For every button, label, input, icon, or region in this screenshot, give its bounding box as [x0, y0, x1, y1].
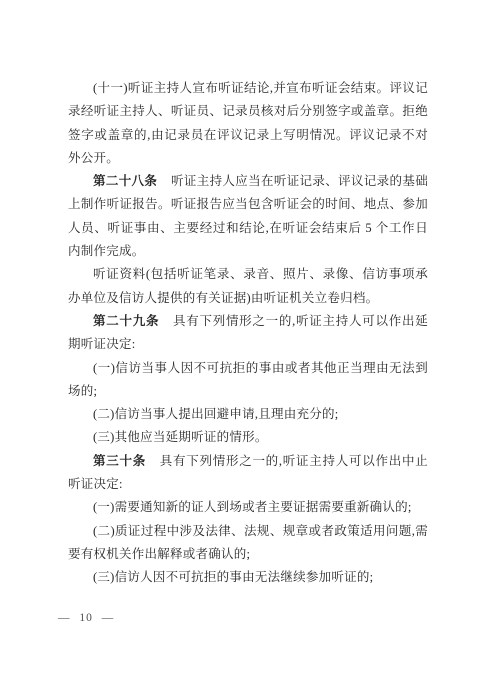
paragraph-article-30-item-1: (一)需要通知新的证人到场或者主要证据需要重新确认的;: [68, 496, 428, 519]
paragraph-article-29-item-1: (一)信访当事人因不可抗拒的事由或者其他正当理由无法到场的;: [68, 357, 428, 404]
text-segment: (一)需要通知新的证人到场或者主要证据需要重新确认的;: [93, 500, 412, 514]
paragraph-article-28: 第二十八条听证主持人应当在听证记录、评议记录的基础上制作听证报告。听证报告应当包…: [68, 170, 428, 263]
text-segment: (十一)听证主持人宣布听证结论,并宣布听证会结束。评议记录经听证主持人、听证员、…: [68, 81, 428, 165]
text-segment: (二)信访当事人提出回避申请,且理由充分的;: [93, 407, 338, 421]
paragraph-article-29-item-3: (三)其他应当延期听证的情形。: [68, 426, 428, 449]
text-segment: (三)其他应当延期听证的情形。: [93, 430, 268, 444]
paragraph-article-29: 第二十九条具有下列情形之一的,听证主持人可以作出延期听证决定:: [68, 310, 428, 357]
paragraph-article-30: 第三十条具有下列情形之一的,听证主持人可以作出中止听证决定:: [68, 450, 428, 497]
page-number: — 10 —: [58, 610, 114, 626]
paragraph-archive-clause: 听证资料(包括听证笔录、录音、照片、录像、信访事项承办单位及信访人提供的有关证据…: [68, 263, 428, 310]
text-segment: (一)信访当事人因不可抗拒的事由或者其他正当理由无法到场的;: [68, 361, 428, 398]
text-segment: 听证资料(包括听证笔录、录音、照片、录像、信访事项承办单位及信访人提供的有关证据…: [68, 267, 428, 304]
document-body: (十一)听证主持人宣布听证结论,并宣布听证会结束。评议记录经听证主持人、听证员、…: [68, 77, 428, 590]
article-heading: 第二十八条: [93, 174, 157, 188]
paragraph-article-30-item-2: (二)质证过程中涉及法律、法规、规章或者政策适用问题,需要有权机关作出解释或者确…: [68, 520, 428, 567]
article-heading: 第二十九条: [93, 314, 159, 328]
paragraph-clause-11: (十一)听证主持人宣布听证结论,并宣布听证会结束。评议记录经听证主持人、听证员、…: [68, 77, 428, 170]
text-segment: (三)信访人因不可抗拒的事由无法继续参加听证的;: [93, 570, 373, 584]
paragraph-article-30-item-3: (三)信访人因不可抗拒的事由无法继续参加听证的;: [68, 566, 428, 589]
article-heading: 第三十条: [93, 454, 146, 468]
text-segment: (二)质证过程中涉及法律、法规、规章或者政策适用问题,需要有权机关作出解释或者确…: [68, 524, 428, 561]
paragraph-article-29-item-2: (二)信访当事人提出回避申请,且理由充分的;: [68, 403, 428, 426]
document-page: (十一)听证主持人宣布听证结论,并宣布听证会结束。评议记录经听证主持人、听证员、…: [0, 0, 492, 690]
